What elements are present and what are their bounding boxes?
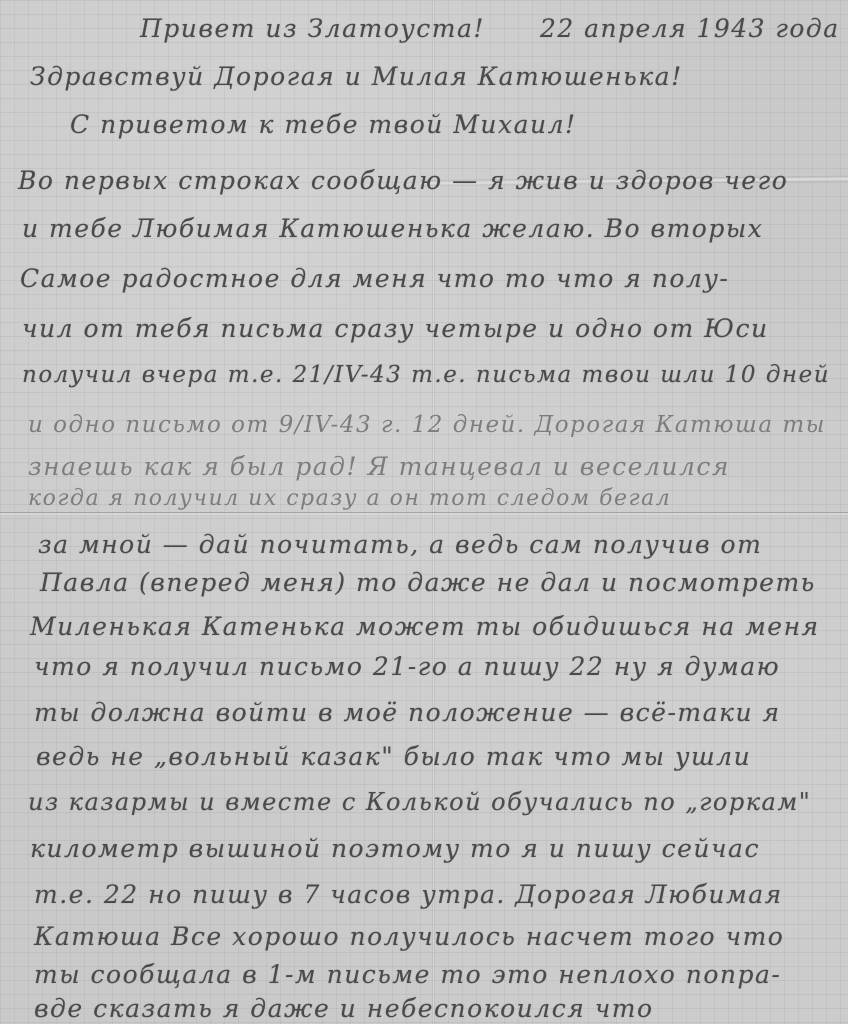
letter-line: Самое радостное для меня что то что я по… <box>20 264 729 293</box>
letter-line: вде сказать я даже и небеспокоился что <box>34 994 654 1023</box>
letter-date: 22 апреля 1943 года <box>540 14 840 43</box>
letter-line: из казармы и вместе с Колькой обучались … <box>28 788 811 816</box>
letter-line: С приветом к тебе твой Михаил! <box>70 110 577 139</box>
letter-line: получил вчера т.е. 21/IV-43 т.е. письма … <box>22 362 830 388</box>
letter-sheet: Привет из Златоуста! 22 апреля 1943 года… <box>0 0 848 1024</box>
letter-line: знаешь как я был рад! Я танцевал и весел… <box>28 452 730 481</box>
letter-line: что я получил письмо 21-го а пишу 22 ну … <box>34 652 780 681</box>
letter-line: т.е. 22 но пишу в 7 часов утра. Дорогая … <box>34 880 783 909</box>
letter-line: и тебе Любимая Катюшенька желаю. Во втор… <box>22 214 763 243</box>
letter-line: чил от тебя письма сразу четыре и одно о… <box>22 314 769 343</box>
horizontal-fold-crease <box>0 512 848 516</box>
letter-line: Миленькая Катенька может ты обидишься на… <box>30 612 820 641</box>
letter-line: Катюша Все хорошо получилось насчет того… <box>34 922 784 951</box>
letter-greeting-from: Привет из Златоуста! <box>140 14 485 43</box>
letter-line: когда я получил их сразу а он тот следом… <box>28 486 671 511</box>
letter-line: ты сообщала в 1-м письме то это неплохо … <box>34 960 781 989</box>
letter-line: Здравствуй Дорогая и Милая Катюшенька! <box>30 62 683 91</box>
letter-line: за мной — дай почитать, а ведь сам получ… <box>38 530 762 559</box>
letter-line: километр вышиной поэтому то я и пишу сей… <box>30 834 760 863</box>
letter-line: Павла (вперед меня) то даже не дал и пос… <box>40 568 816 597</box>
letter-line: Во первых строках сообщаю — я жив и здор… <box>18 166 788 195</box>
letter-line: и одно письмо от 9/IV-43 г. 12 дней. Дор… <box>28 412 826 438</box>
letter-line: ведь не „вольный казак" было так что мы … <box>36 742 751 771</box>
letter-line: ты должна войти в моё положение — всё-та… <box>34 698 781 727</box>
